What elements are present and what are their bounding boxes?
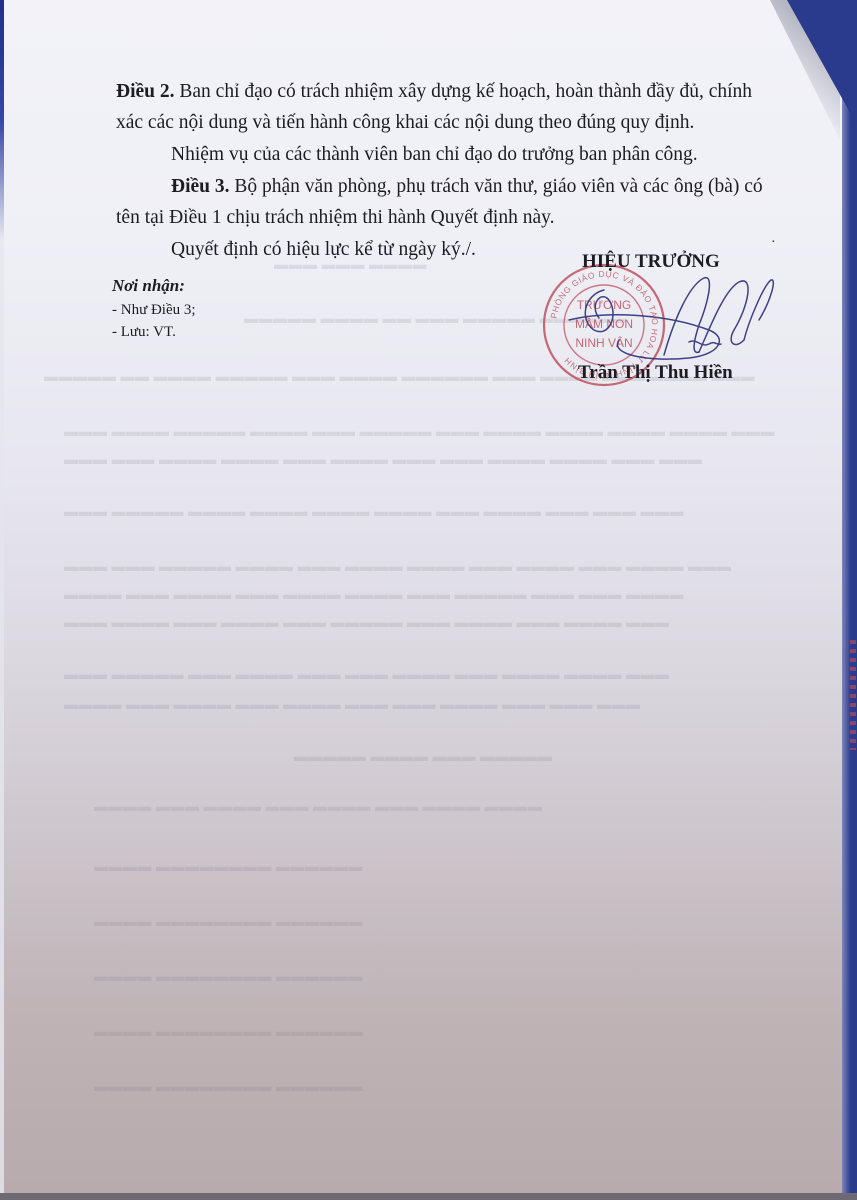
bleed-through-text: ▬▬▬ ▬▬▬ ▬▬▬▬ (274, 258, 427, 274)
effective-clause: Quyết định có hiệu lực kể từ ngày ký./. (171, 240, 476, 260)
bleed-through-text: ▬▬▬ ▬▬▬ ▬▬▬▬ ▬▬▬▬ ▬▬▬ ▬▬▬▬ ▬▬▬ ▬▬▬ ▬▬▬▬ … (64, 453, 703, 469)
article-2-line-1: Điều 2. Ban chỉ đạo có trách nhiệm xây d… (116, 82, 752, 102)
signer-name: Trần Thị Thu Hiền (578, 363, 733, 382)
bleed-through-text: ▬▬▬▬ ▬▬▬▬▬▬▬▬ ▬▬▬▬▬▬ (94, 915, 363, 931)
left-edge-strip (0, 0, 4, 1200)
recipients-heading: Nơi nhận: (112, 277, 185, 294)
bleed-through-text: ▬▬▬▬ ▬▬▬ ▬▬▬▬ ▬▬▬ ▬▬▬▬ ▬▬▬▬ ▬▬▬ ▬▬▬▬▬ ▬▬… (64, 588, 684, 604)
document-page: ▬▬▬ ▬▬▬ ▬▬▬▬ ▬▬▬▬▬ ▬▬▬▬ ▬▬ ▬▬▬ ▬▬▬▬▬ ▬▬▬… (4, 0, 842, 1195)
bleed-through-text: ▬▬▬▬▬ ▬▬▬▬ ▬▬▬ ▬▬▬▬▬ (294, 750, 553, 766)
stray-dot: · (771, 236, 776, 250)
bleed-through-text: ▬▬▬▬ ▬▬▬ ▬▬▬▬ ▬▬▬ ▬▬▬▬ ▬▬▬ ▬▬▬ ▬▬▬▬ ▬▬▬ … (64, 698, 641, 714)
bleed-through-text: ▬▬▬ ▬▬▬▬ ▬▬▬ ▬▬▬▬ ▬▬▬ ▬▬▬▬▬ ▬▬▬ ▬▬▬▬ ▬▬▬… (64, 616, 670, 632)
bottom-edge (0, 1193, 857, 1200)
bleed-through-text: ▬▬▬▬ ▬▬▬▬▬▬▬▬ ▬▬▬▬▬▬ (94, 1080, 363, 1096)
article-2-line-3: Nhiệm vụ của các thành viên ban chỉ đạo … (171, 145, 698, 165)
bleed-through-text: ▬▬▬▬ ▬▬▬ ▬▬▬▬ ▬▬▬ ▬▬▬▬ ▬▬▬ ▬▬▬▬ ▬▬▬▬ (94, 800, 543, 816)
bleed-through-text: ▬▬▬ ▬▬▬ ▬▬▬▬▬ ▬▬▬▬ ▬▬▬ ▬▬▬▬ ▬▬▬▬ ▬▬▬ ▬▬▬… (64, 560, 732, 576)
bleed-through-text: ▬▬▬▬ ▬▬▬▬▬▬▬▬ ▬▬▬▬▬▬ (94, 1025, 363, 1041)
red-edge-marks (850, 640, 856, 750)
bleed-through-text: ▬▬▬ ▬▬▬▬▬ ▬▬▬ ▬▬▬▬ ▬▬▬ ▬▬▬ ▬▬▬▬ ▬▬▬ ▬▬▬▬… (64, 668, 670, 684)
page-curl-corner (787, 0, 857, 125)
recipient-item: - Lưu: VT. (112, 325, 176, 340)
article-2-label: Điều 2. (116, 81, 175, 102)
article-3-label: Điều 3. (171, 176, 230, 197)
handwritten-signature-icon (549, 260, 779, 375)
article-3-line-1: Điều 3. Bộ phận văn phòng, phụ trách văn… (171, 177, 763, 197)
bleed-through-text: ▬▬▬▬ ▬▬▬▬▬▬▬▬ ▬▬▬▬▬▬ (94, 860, 363, 876)
bleed-through-text: ▬▬▬ ▬▬▬▬ ▬▬▬▬▬ ▬▬▬▬ ▬▬▬ ▬▬▬▬▬ ▬▬▬ ▬▬▬▬ ▬… (64, 425, 775, 441)
bleed-through-text: ▬▬▬▬ ▬▬▬▬▬▬▬▬ ▬▬▬▬▬▬ (94, 970, 363, 986)
article-3-line-2: tên tại Điều 1 chịu trách nhiệm thi hành… (116, 208, 554, 228)
article-2-line-2: xác các nội dung và tiến hành công khai … (116, 113, 694, 133)
bleed-through-text: ▬▬▬ ▬▬▬▬▬ ▬▬▬▬ ▬▬▬▬ ▬▬▬▬ ▬▬▬▬ ▬▬▬ ▬▬▬▬ ▬… (64, 505, 684, 521)
recipient-item: - Như Điều 3; (112, 303, 196, 318)
